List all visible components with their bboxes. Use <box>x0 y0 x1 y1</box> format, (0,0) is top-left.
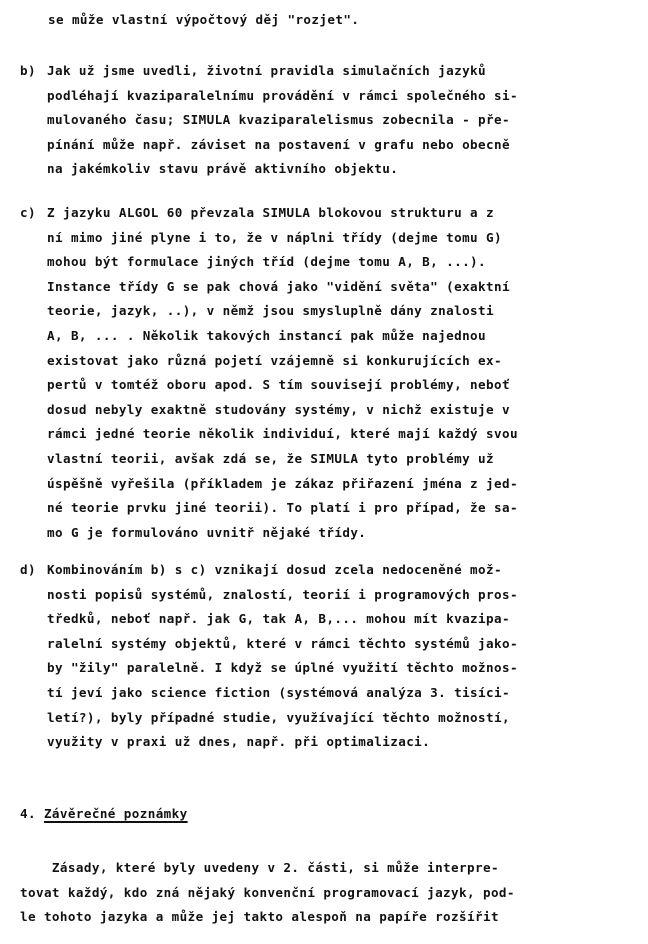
text-line: tí jeví jako science fiction (systémová … <box>47 685 510 701</box>
list-item-label: d) <box>20 562 36 578</box>
text-line: tředků, neboť např. jak G, tak A, B,... … <box>47 611 510 627</box>
list-item-label: c) <box>20 205 36 221</box>
text-line: letí?), byly případné studie, využívajíc… <box>47 710 510 726</box>
text-line: rámci jedné teorie několik individuí, kt… <box>47 426 518 442</box>
text-line: tovat každý, kdo zná nějaký konvenční pr… <box>20 885 515 901</box>
text-line: by "žily" paralelně. I když se úplné vyu… <box>47 660 518 676</box>
intro-line: se může vlastní výpočtový děj "rozjet". <box>48 12 359 28</box>
text-line: pínání může např. záviset na postavení v… <box>47 137 510 153</box>
text-line: úspěšně vyřešila (příkladem je zákaz při… <box>47 476 518 492</box>
text-line: le tohoto jazyka a může jej takto alespo… <box>20 909 499 925</box>
text-line: Zásady, které byly uvedeny v 2. části, s… <box>20 860 499 876</box>
text-line: existovat jako různá pojetí vzájemně si … <box>47 353 502 369</box>
section-heading: 4. Závěrečné poznámky <box>20 806 188 822</box>
text-line: vlastní teorii, avšak zdá se, že SIMULA … <box>47 451 494 467</box>
text-line: nosti popisů systémů, znalostí, teorií i… <box>47 587 518 603</box>
text-line: Jak už jsme uvedli, životní pravidla sim… <box>47 63 486 79</box>
list-item-label: b) <box>20 63 36 79</box>
text-line: né teorie prvku jiné teorii). To platí i… <box>47 500 518 516</box>
text-line: pertů v tomtéž oboru apod. S tím souvise… <box>47 377 510 393</box>
section-title: Závěrečné poznámky <box>44 806 188 821</box>
text-line: mohou být formulace jiných tříd (dejme t… <box>47 254 486 270</box>
text-line: teorie, jazyk, ..), v němž jsou smyslupl… <box>47 303 494 319</box>
text-line: mulovaného času; SIMULA kvaziparalelismu… <box>47 112 510 128</box>
text-line: mo G je formulováno uvnitř nějaké třídy. <box>47 525 366 541</box>
text-line: A, B, ... . Několik takových instancí pa… <box>47 328 486 344</box>
text-line: Z jazyku ALGOL 60 převzala SIMULA blokov… <box>47 205 494 221</box>
text-line: na jakémkoliv stavu právě aktivního obje… <box>47 161 398 177</box>
text-line: ralelní systémy objektů, které v rámci t… <box>47 636 518 652</box>
text-line: Kombinováním b) s c) vznikají dosud zcel… <box>47 562 502 578</box>
text-line: Instance třídy G se pak chová jako "vidě… <box>47 279 510 295</box>
text-line: podléhají kvaziparalelnímu provádění v r… <box>47 88 518 104</box>
section-number: 4. <box>20 806 36 821</box>
text-line: dosud nebyly exaktně studovány systémy, … <box>47 402 510 418</box>
text-line: využity v praxi už dnes, např. při optim… <box>47 734 430 750</box>
text-line: ní mimo jiné plyne i to, že v náplni tří… <box>47 230 502 246</box>
